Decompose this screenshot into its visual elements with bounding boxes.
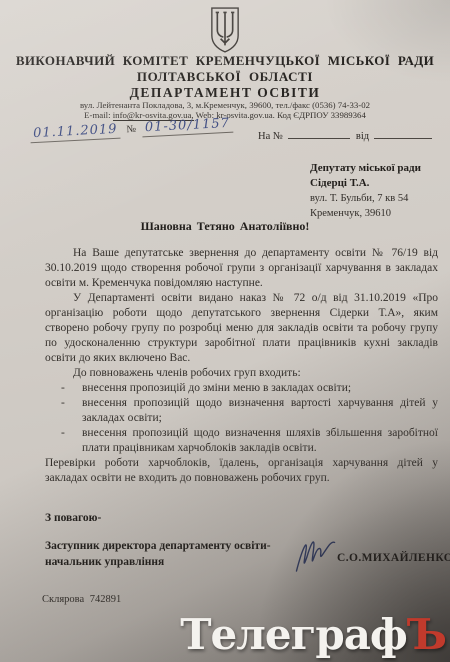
addressee-street: вул. Т. Бульби, 7 кв 54 bbox=[310, 191, 421, 206]
dash-marker: - bbox=[61, 381, 65, 396]
org-address-line: вул. Лейтенанта Покладова, 3, м.Кременчу… bbox=[0, 100, 450, 110]
org-name-line1: ВИКОНАВЧИЙ КОМІТЕТ КРЕМЕНЧУЦЬКОЇ МІСЬКОЇ… bbox=[0, 53, 450, 69]
addressee-block: Депутату міської ради Сідерці Т.А. вул. … bbox=[310, 161, 421, 221]
ukraine-trident-emblem bbox=[207, 7, 243, 58]
addressee-title: Депутату міської ради bbox=[310, 161, 421, 176]
signer-name: С.О.МИХАЙЛЕНКО bbox=[337, 552, 450, 564]
photographed-letter: ВИКОНАВЧИЙ КОМІТЕТ КРЕМЕНЧУЦЬКОЇ МІСЬКОЇ… bbox=[0, 0, 450, 662]
incoming-date-label: від bbox=[356, 131, 369, 142]
letter-body: На Ваше депутатське звернення до департа… bbox=[45, 246, 438, 486]
org-name-line2: ПОЛТАВСЬКОЇ ОБЛАСТІ bbox=[0, 69, 450, 85]
incoming-date-blank bbox=[374, 127, 432, 139]
paragraph-1: На Ваше депутатське звернення до департа… bbox=[45, 246, 438, 291]
list-item: - внесення пропозицій до зміни меню в за… bbox=[45, 381, 438, 396]
list-item-text: внесення пропозицій щодо визначення шлях… bbox=[82, 427, 438, 454]
list-item-text: внесення пропозицій до зміни меню в закл… bbox=[82, 382, 351, 394]
incoming-number-label: На № bbox=[258, 131, 283, 142]
number-sign: № bbox=[126, 124, 136, 135]
edrpou-code: Код ЄДРПОУ 33989364 bbox=[277, 110, 366, 120]
watermark-white-part: Телеграф bbox=[180, 610, 407, 659]
paragraph-3: До повноважень членів робочих груп входи… bbox=[45, 366, 438, 381]
signer-position: Заступник директора департаменту освіти-… bbox=[45, 538, 315, 570]
regards-line: З повагою- bbox=[45, 512, 101, 524]
list-item: - внесення пропозицій щодо визначення шл… bbox=[45, 426, 438, 456]
list-item: - внесення пропозицій щодо визначення ва… bbox=[45, 396, 438, 426]
salutation: Шановна Тетяно Анатоліївно! bbox=[0, 219, 450, 234]
email-label: E-mail: bbox=[84, 110, 110, 120]
signer-position-line1: Заступник директора департаменту освіти- bbox=[45, 538, 315, 554]
signer-position-line2: начальник управління bbox=[45, 554, 315, 570]
dash-marker: - bbox=[61, 396, 65, 411]
telegraf-watermark: ТелеграфЪ bbox=[180, 614, 446, 656]
incoming-number-blank bbox=[288, 127, 350, 139]
handwritten-date: 01.11.2019 bbox=[30, 122, 121, 144]
incoming-reference-blanks: На №від bbox=[258, 127, 432, 142]
paragraph-2: У Департаменті освіти видано наказ № 72 … bbox=[45, 291, 438, 366]
paragraph-4: Перевірки роботи харчоблоків, їдалень, о… bbox=[45, 456, 438, 486]
list-item-text: внесення пропозицій щодо визначення варт… bbox=[82, 397, 438, 424]
watermark-red-letter: Ъ bbox=[407, 610, 446, 659]
handwritten-number: 01-30/1157 bbox=[142, 116, 234, 138]
addressee-name: Сідерці Т.А. bbox=[310, 176, 421, 191]
dash-marker: - bbox=[61, 426, 65, 441]
department-name: ДЕПАРТАМЕНТ ОСВІТИ bbox=[0, 85, 450, 101]
executor-line: Склярова 742891 bbox=[42, 594, 121, 605]
